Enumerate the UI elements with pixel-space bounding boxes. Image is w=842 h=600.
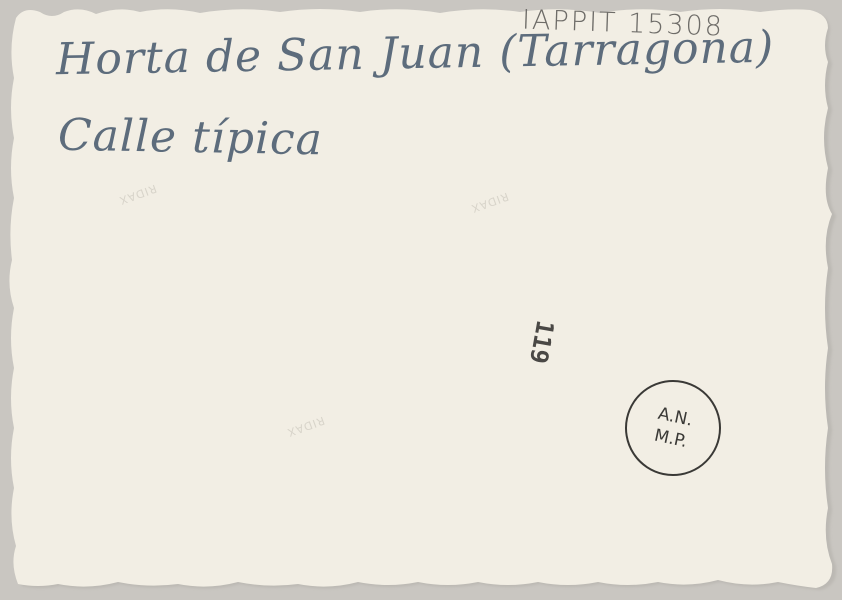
photo-back: RIDAX RIDAX RIDAX IAPPIT 15308 Horta de …	[0, 0, 842, 600]
typed-number: 119	[524, 318, 559, 366]
ridax-watermark: RIDAX	[469, 190, 510, 216]
ridax-watermark: RIDAX	[285, 414, 326, 440]
handwritten-location: Horta de San Juan (Tarragona)	[56, 22, 775, 86]
ridax-watermark: RIDAX	[117, 182, 158, 208]
archive-stamp: A.N. M.P.	[616, 371, 730, 485]
handwritten-caption: Calle típica	[58, 110, 324, 166]
